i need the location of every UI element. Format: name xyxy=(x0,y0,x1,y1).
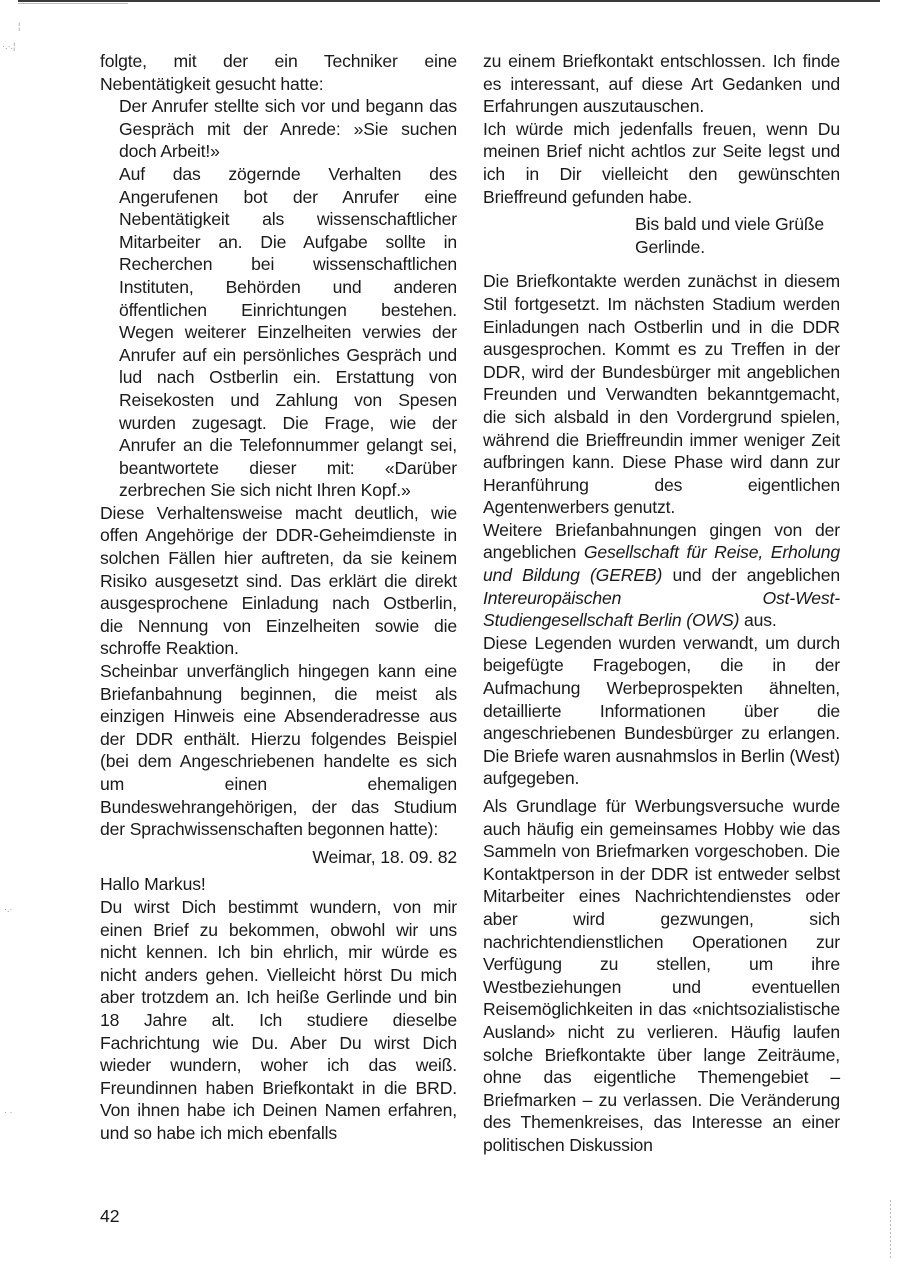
scan-edge-mark xyxy=(890,1200,891,1260)
paragraph-organizations: Weitere Briefanbahnungen gingen von der … xyxy=(483,519,840,632)
scan-margin-mark: · · xyxy=(4,1108,13,1117)
scan-margin-mark: ¦ xyxy=(18,22,20,31)
paragraph: Die Briefkontakte werden zunächst in die… xyxy=(483,270,840,519)
page-number: 42 xyxy=(100,1205,120,1227)
scan-margin-mark: ·.· xyxy=(4,905,13,914)
letter-closing: Bis bald und viele Grüße xyxy=(483,213,840,236)
letter-body: Du wirst Dich bestimmt wundern, von mir … xyxy=(100,896,457,1145)
letter-salutation: Hallo Markus! xyxy=(100,873,457,896)
page-top-rule xyxy=(18,0,880,2)
paragraph: Als Grundlage für Werbungsversuche wurde… xyxy=(483,795,840,1157)
paragraph: folgte, mit der ein Techniker eine Neben… xyxy=(100,50,457,95)
paragraph: Scheinbar unverfänglich hingegen kann ei… xyxy=(100,660,457,841)
right-column: zu einem Briefkontakt entschlossen. Ich … xyxy=(483,50,840,1157)
scan-margin-mark: ·.·.¦ xyxy=(2,42,15,51)
text-run: aus. xyxy=(739,610,776,630)
organization-name-ows: Intereuropäischen Ost-West-Studiengesell… xyxy=(483,588,840,631)
quoted-paragraph: Der Anrufer stellte sich vor und begann … xyxy=(100,95,457,163)
letter-date: Weimar, 18. 09. 82 xyxy=(100,846,457,869)
paragraph: Diese Legenden wurden verwandt, um durch… xyxy=(483,632,840,790)
letter-signature: Gerlinde. xyxy=(483,236,840,259)
left-column: folgte, mit der ein Techniker eine Neben… xyxy=(100,50,457,1145)
paragraph: Diese Verhaltensweise macht deutlich, wi… xyxy=(100,502,457,660)
letter-body-continued: zu einem Briefkontakt entschlossen. Ich … xyxy=(483,50,840,118)
letter-paragraph: Ich würde mich jedenfalls freuen, wenn D… xyxy=(483,118,840,208)
scan-artifact-line xyxy=(18,3,128,4)
text-run: und der angeblichen xyxy=(662,565,840,585)
quoted-paragraph: Auf das zögernde Verhalten des Angerufen… xyxy=(100,163,457,502)
